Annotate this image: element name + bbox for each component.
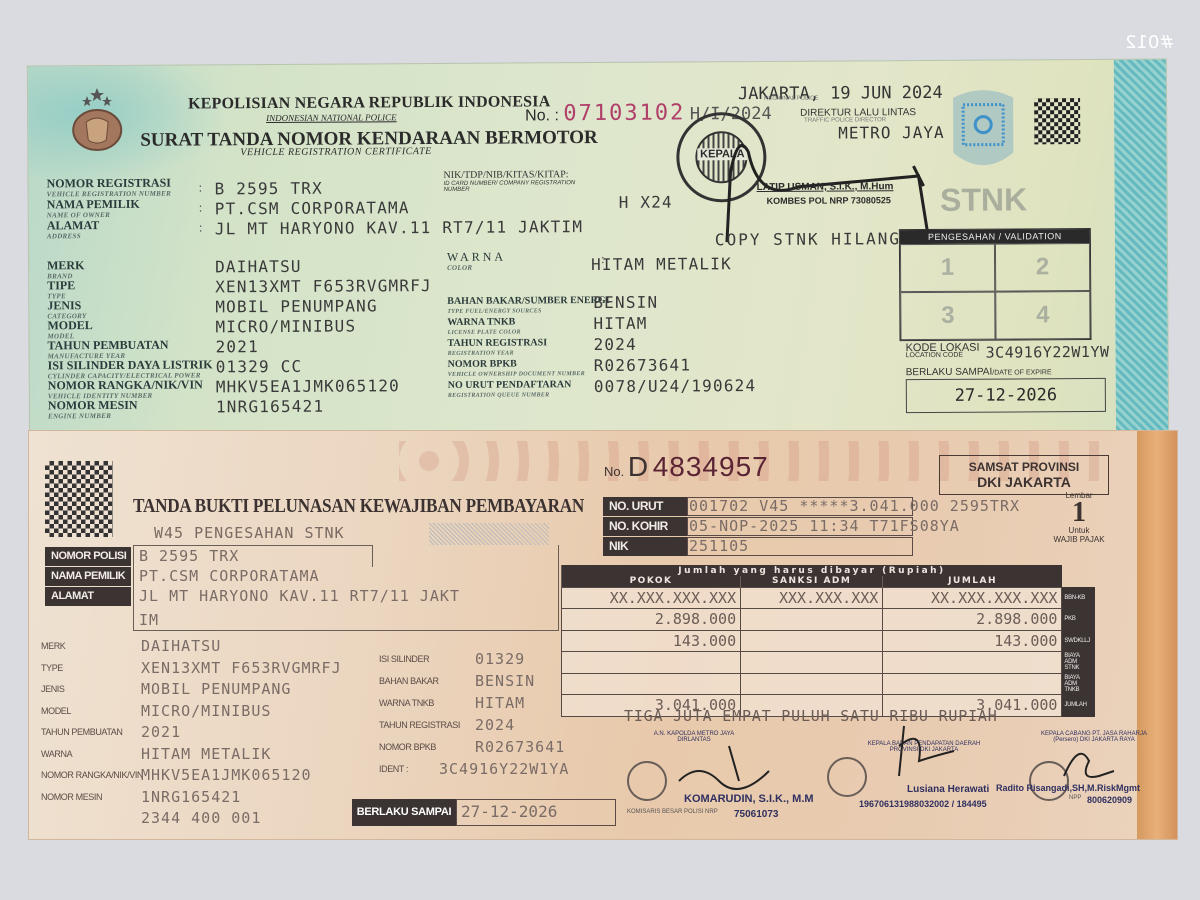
vehicle-label: WARNA TNKB [379,698,434,708]
meta-value: 251105 [689,537,749,555]
payment-table: Jumlah yang harus dibayar (Rupiah) POKOK… [561,565,1095,717]
validation-cell-2: 2 [995,243,1090,292]
owner-address: JL MT HARYONO KAV.11 RT7/11 JAKTIM [215,217,583,238]
vehicle-value: 2021 [141,723,181,741]
owner-value: JL MT HARYONO KAV.11 RT7/11 JAKT [139,587,460,605]
field-value: 01329 CC [216,357,303,377]
field-value: MOBIL PENUMPANG [215,296,378,316]
registration-number: B 2595 TRX [215,179,323,199]
receipt-title: TANDA BUKTI PELUNASAN KEWAJIBAN PEMBAYAR… [133,495,584,518]
vehicle-value: 01329 [475,650,525,668]
field-value: HITAM [593,314,647,333]
owner-label: ALAMAT [45,587,131,606]
payment-row: BIAYA ADM STNK [562,652,1095,674]
field-value: DAIHATSU [215,257,302,277]
row-tag: BIAYA ADM STNK [1062,652,1095,674]
vehicle-value: XEN13XMT F653RVGMRFJ [141,659,342,677]
qr-code-icon [45,461,113,537]
nik-value: H X24 [619,193,673,212]
meta-label: NIK [603,537,687,556]
signer-name: LATIP USMAN, S.I.K., M.Hum [757,181,894,193]
expiry-date: 27-12-2026 [906,378,1106,413]
vehicle-value: MOBIL PENUMPANG [141,680,291,698]
vehicle-value: MICRO/MINIBUS [141,702,271,720]
owner-label: NAMA PEMILIK [45,567,131,586]
vehicle-registration-certificate: KEPOLISIAN NEGARA REPUBLIK INDONESIA IND… [27,59,1169,454]
vehicle-value: BENSIN [475,672,535,690]
owner-name: PT.CSM CORPORATAMA [215,198,410,218]
validation-box: PENGESAHAN / VALIDATION 1 2 3 4 [899,228,1092,341]
vehicle-value: 1NRG165421 [141,788,241,806]
payment-row: 143.000143.000SWDKLLJ [562,630,1095,652]
agency-name-en: INDONESIAN NATIONAL POLICE [266,112,397,123]
vehicle-label: NOMOR BPKB [379,742,436,752]
vehicle-label: IDENT : [379,764,408,774]
stnk-logo-icon: STNK [928,82,1039,223]
meta-value: 05-NOP-2025 11:34 T71FS08YA [689,517,960,535]
copy-indicator: Lembar 1 Untuk WAJIB PAJAK [1049,491,1109,544]
field-label: BAHAN BAKAR/SUMBER ENERGITYPE FUEL/ENERG… [447,295,609,318]
field-label: WARNA TNKBLICENSE PLATE COLOR [447,316,521,338]
payment-row: BIAYA ADM TNKB [562,673,1095,695]
vehicle-value: 3C4916Y22W1YA [439,760,569,778]
payment-row: 2.898.0002.898.000PKB [562,609,1095,631]
seal-icon [827,757,867,797]
field-label: NO URUT PENDAFTARANREGISTRATION QUEUE NU… [448,379,572,402]
police-emblem-icon [66,86,128,152]
samsat-box: SAMSAT PROVINSI DKI JAKARTA [939,455,1109,495]
payment-row: XX.XXX.XXX.XXXXXX.XXX.XXXXX.XXX.XXX.XXXB… [562,587,1095,609]
vehicle-label: TYPE [41,663,63,673]
vehicle-value: MHKV5EA1JMK065120 [141,766,312,784]
document-title-en: VEHICLE REGISTRATION CERTIFICATE [240,146,431,158]
security-pattern-edge [1114,60,1168,446]
extra-code-line: 2344 400 001 [141,809,261,827]
agency-name: KEPOLISIAN NEGARA REPUBLIK INDONESIA [188,93,550,113]
field-value: 2024 [593,335,636,354]
vehicle-value: HITAM METALIK [141,745,271,763]
field-value: 0078/U24/190624 [594,376,757,396]
row-tag: PKB [1062,609,1095,631]
tax-payment-receipt: TANDA BUKTI PELUNASAN KEWAJIBAN PEMBAYAR… [28,430,1178,840]
vehicle-label: TAHUN PEMBUATAN [41,727,123,737]
row-tag: JUMLAH [1062,695,1095,717]
location-code: 3C4916Y22W1YW [986,343,1110,362]
validation-cell-1: 1 [900,244,995,293]
vehicle-value: 2024 [475,716,515,734]
field-value: XEN13XMT F653RVGMRFJ [215,276,432,296]
seal-icon [627,761,667,801]
field-value: 2021 [215,337,258,356]
meta-label: NO. URUT [603,497,687,516]
vehicle-label: NOMOR RANGKA/NIK/VIN [41,770,143,780]
signature-icon [884,716,964,786]
signer-rank: KOMBES POL NRP 73080525 [767,195,891,206]
row-tag: BBN-KB [1062,587,1095,609]
field-value: BENSIN [593,293,658,312]
receipt-number: No. D 4834957 [604,451,769,483]
vehicle-value: HITAM [475,694,525,712]
field-label: TAHUN REGISTRASIREGISTRATION YEAR [447,337,547,360]
meta-label: NO. KOHIR [603,517,687,536]
vehicle-label: JENIS [41,684,65,694]
owner-value: B 2595 TRX [139,547,239,565]
vehicle-label: WARNA [41,749,72,759]
vehicle-label: ISI SILINDER [379,654,429,664]
signature-icon [669,741,779,801]
row-tag: BIAYA ADM TNKB [1062,673,1095,695]
vehicle-label: BAHAN BAKAR [379,676,439,686]
vehicle-color: HITAM METALIK [591,254,732,274]
meta-value: 001702 V45 *****3.041.000 2595TRX [689,497,1020,515]
field-label: NOMOR BPKBVEHICLE OWNERSHIP DOCUMENT NUM… [448,358,585,381]
receipt-subtitle: W45 PENGESAHAN STNK [154,524,345,542]
row-tag: SWDKLLJ [1062,630,1095,652]
mirrored-watermark: #012 [1125,32,1174,53]
nik-label: NIK/TDP/NIB/KITAS/KITAP: [443,169,568,181]
address-continuation: IM [139,611,159,629]
vehicle-label: MERK [41,641,65,651]
field-label: NOMOR MESINENGINE NUMBER [48,400,138,423]
vehicle-value: R02673641 [475,738,565,756]
field-value: MICRO/MINIBUS [215,316,356,336]
owner-value: PT.CSM CORPORATAMA [139,567,320,585]
field-value: MHKV5EA1JMK065120 [216,376,400,396]
field-value: R02673641 [594,355,692,375]
owner-label: NOMOR POLISI [45,547,131,566]
vehicle-label: TAHUN REGISTRASI [379,720,460,730]
validation-cell-3: 3 [900,292,995,341]
signature-icon [1049,731,1119,791]
vehicle-value: DAIHATSU [141,637,221,655]
qr-code-icon [1034,98,1080,144]
copy-note: COPY STNK HILANG [715,229,901,249]
vehicle-label: MODEL [41,706,71,716]
svg-text:STNK: STNK [940,181,1027,218]
validation-cell-4: 4 [995,291,1090,340]
vehicle-label: NOMOR MESIN [41,792,102,802]
field-value: 1NRG165421 [216,397,324,417]
security-pattern-edge [1137,431,1177,839]
